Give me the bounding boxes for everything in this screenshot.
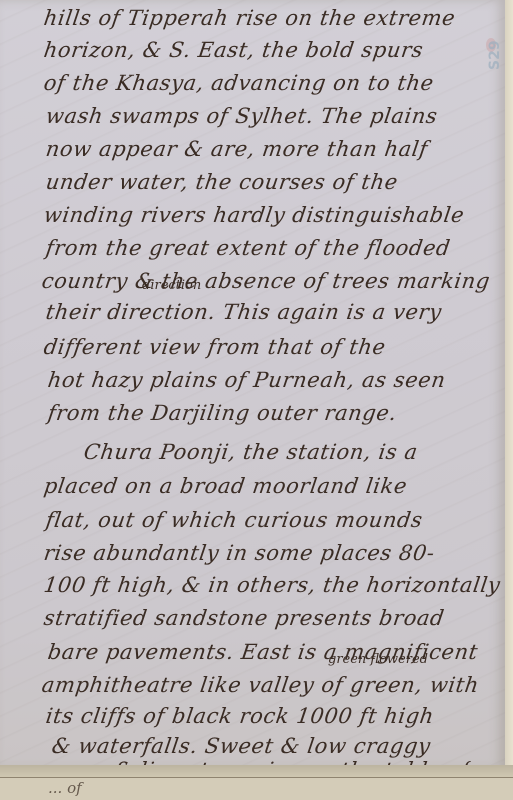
text-line: from the Darjiling outer range. (46, 401, 398, 425)
interlinear-insertion: green flowered (328, 652, 428, 667)
text-line: different view from that of the (42, 335, 387, 359)
text-line: 100 ft high, & in others, the horizontal… (42, 573, 502, 597)
text-line: from the great extent of the flooded (44, 236, 452, 260)
text-line: country & the absence of trees marking (40, 269, 491, 293)
text-line: hills of Tipperah rise on the extreme (42, 6, 457, 30)
text-line: amphitheatre like valley of green, with (40, 673, 480, 697)
text-line: wash swamps of Sylhet. The plains (44, 104, 439, 128)
text-line: its cliffs of black rock 1000 ft high (44, 704, 435, 728)
archive-stamp-number: S29 (487, 40, 503, 70)
text-line: stratified sandstone presents broad (42, 606, 446, 630)
text-line: & waterfalls. Sweet & low craggy (50, 734, 432, 758)
text-line: horizon, & S. East, the bold spurs (42, 38, 425, 62)
text-line: placed on a broad moorland like (42, 474, 408, 498)
text-line: winding rivers hardly distinguishable (42, 203, 466, 227)
text-line-paragraph-start: Chura Poonji, the station, is a (82, 440, 419, 464)
text-line: under water, the courses of the (44, 170, 399, 194)
text-line: flat, out of which curious mounds (44, 508, 424, 532)
page-edge-right (505, 0, 513, 800)
page-edge-bottom (0, 765, 513, 778)
underlying-page-text: ... of (48, 779, 82, 797)
interlinear-insertion: direction (142, 278, 201, 293)
text-line: rise abundantly in some places 80- (42, 541, 436, 565)
text-line: their direction. This again is a very (44, 300, 443, 324)
text-line: hot hazy plains of Purneah, as seen (46, 368, 447, 392)
text-line: now appear & are, more than half (44, 137, 429, 161)
text-line: of the Khasya, advancing on to the (42, 71, 435, 95)
manuscript-page: S29 hills of Tipperah rise on the extrem… (0, 0, 505, 770)
